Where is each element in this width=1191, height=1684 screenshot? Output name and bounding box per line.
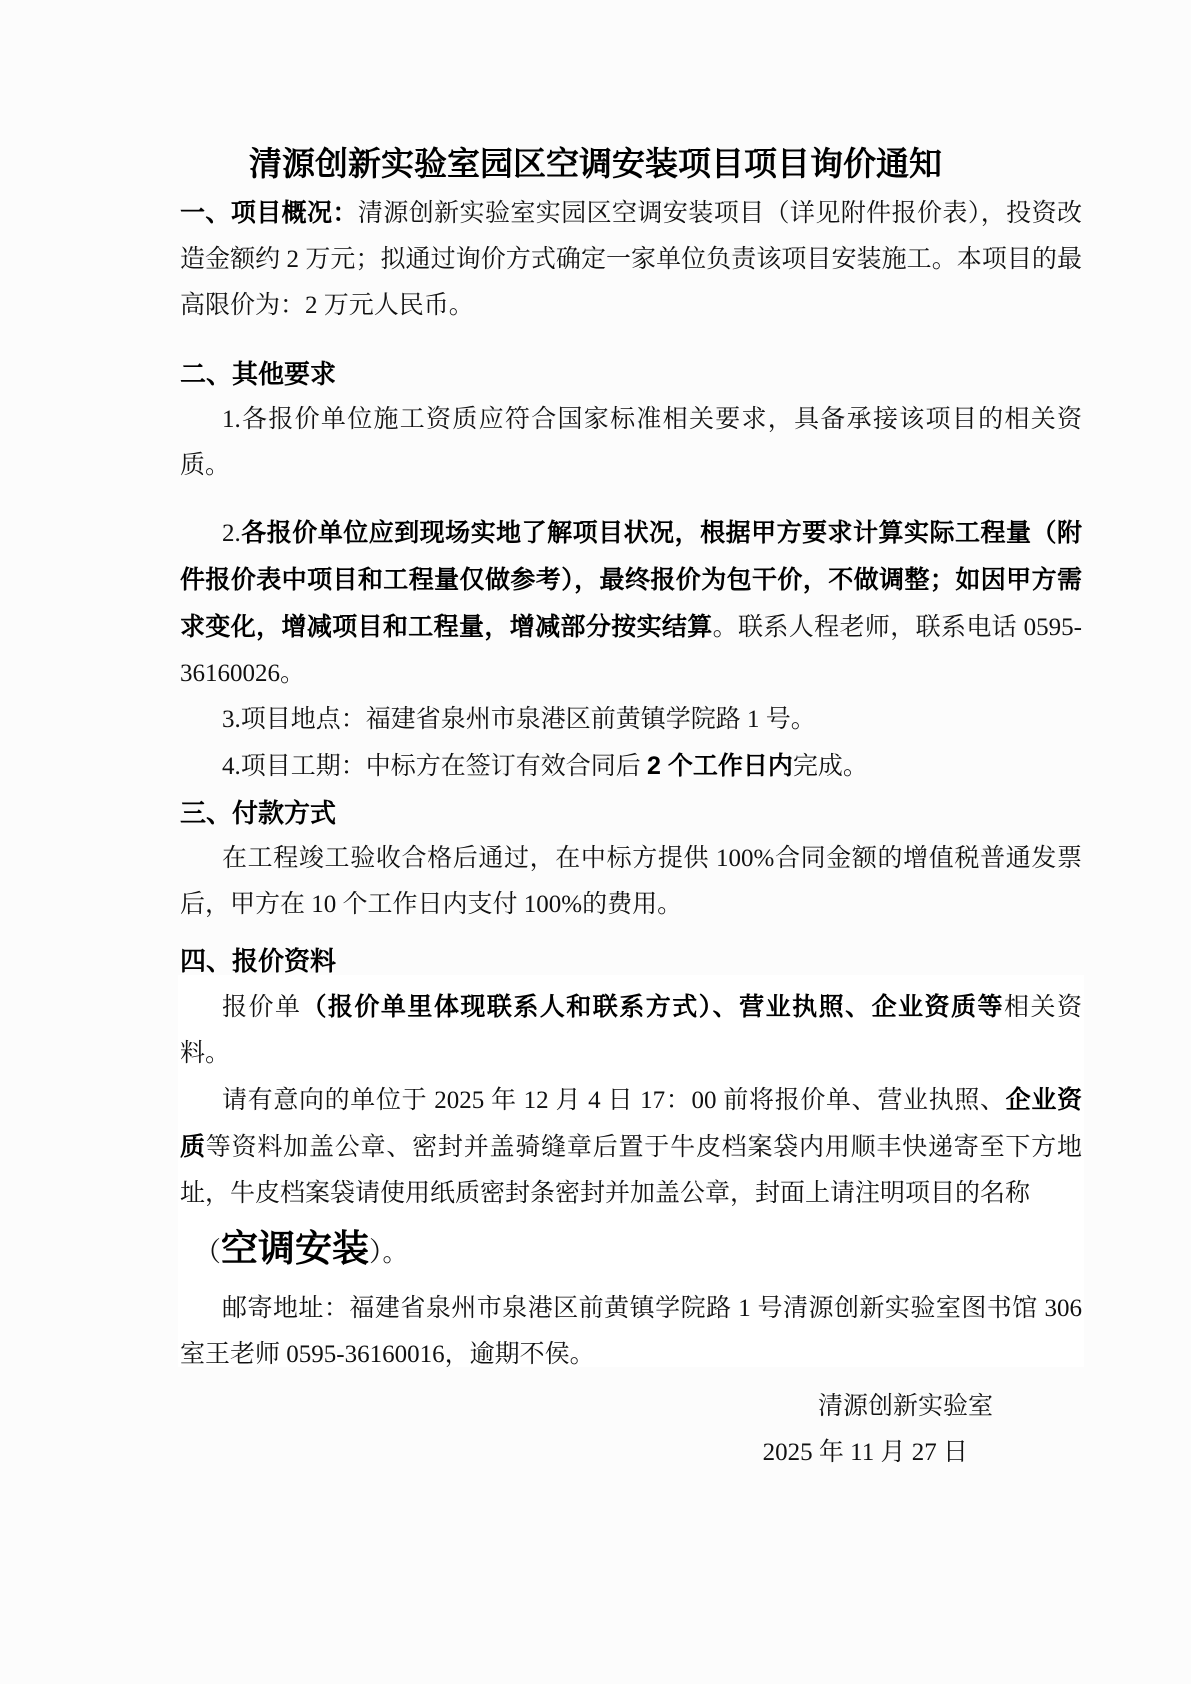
item4-lead-text: 4.项目工期：中标方在签订有效合同后 <box>222 753 647 780</box>
payment-paragraph: 在工程竣工验收合格后通过，在中标方提供 100%合同金额的增值税普通发票后，甲方… <box>180 836 1082 928</box>
section-heading-payment: 三、付款方式 <box>180 790 1082 836</box>
mailing-address-paragraph: 邮寄地址：福建省泉州市泉港区前黄镇学院路 1 号清源创新实验室图书馆 306 室… <box>180 1286 1082 1378</box>
deadline-paragraph: 请有意向的单位于 2025 年 12 月 4 日 17：00 前将报价单、营业执… <box>180 1077 1082 1217</box>
item2-number: 2. <box>222 520 241 547</box>
project-name-line: （空调安装）。 <box>180 1217 1082 1286</box>
overview-paragraph: 一、项目概况：清源创新实验室实园区空调安装项目（详见附件报价表），投资改造金额约… <box>180 190 1082 329</box>
document-page: 清源创新实验室园区空调安装项目项目询价通知 一、项目概况：清源创新实验室实园区空… <box>0 0 1191 1684</box>
section-heading-other-requirements: 二、其他要求 <box>180 351 1082 397</box>
requirement-item-2: 2.各报价单位应到现场实地了解项目状况，根据甲方要求计算实际工程量（附件报价表中… <box>180 510 1082 697</box>
section-heading-quote-materials: 四、报价资料 <box>180 938 1082 984</box>
document-title: 清源创新实验室园区空调安装项目项目询价通知 <box>0 138 1191 190</box>
signature-date: 2025 年 11 月 27 日 <box>180 1430 1082 1476</box>
document-body: 一、项目概况：清源创新实验室实园区空调安装项目（详见附件报价表），投资改造金额约… <box>180 190 1082 1476</box>
project-name-text: 空调安装 <box>221 1228 369 1269</box>
materials-bold-text: （报价单里体现联系人和联系方式）、营业执照、企业资质等 <box>301 993 1004 1021</box>
project-name-close-paren: ） <box>369 1237 383 1267</box>
item4-tail-text: 完成。 <box>793 753 868 780</box>
requirement-item-1: 1.各报价单位施工资质应符合国家标准相关要求，具备承接该项目的相关资质。 <box>180 397 1082 489</box>
requirement-item-4: 4.项目工期：中标方在签订有效合同后 2 个工作日内完成。 <box>180 743 1082 790</box>
overview-heading-label: 一、项目概况： <box>180 199 358 227</box>
materials-paragraph: 报价单（报价单里体现联系人和联系方式）、营业执照、企业资质等相关资料。 <box>180 984 1082 1077</box>
item4-duration-bold: 2 个工作日内 <box>647 752 793 780</box>
signature-org: 清源创新实验室 <box>180 1384 1082 1430</box>
materials-lead-text: 报价单 <box>222 994 301 1021</box>
project-name-period: 。 <box>383 1240 408 1267</box>
notice-document: 清源创新实验室园区空调安装项目项目询价通知 一、项目概况：清源创新实验室实园区空… <box>0 138 1191 1476</box>
requirement-item-3: 3.项目地点：福建省泉州市泉港区前黄镇学院路 1 号。 <box>180 697 1082 743</box>
deadline-tail-text: 等资料加盖公章、密封并盖骑缝章后置于牛皮档案袋内用顺丰快递寄至下方地址，牛皮档案… <box>180 1134 1082 1207</box>
deadline-lead-text: 请有意向的单位于 2025 年 12 月 4 日 17：00 前将报价单、营业执… <box>222 1087 1006 1114</box>
project-name-open-paren: （ <box>194 1237 221 1267</box>
